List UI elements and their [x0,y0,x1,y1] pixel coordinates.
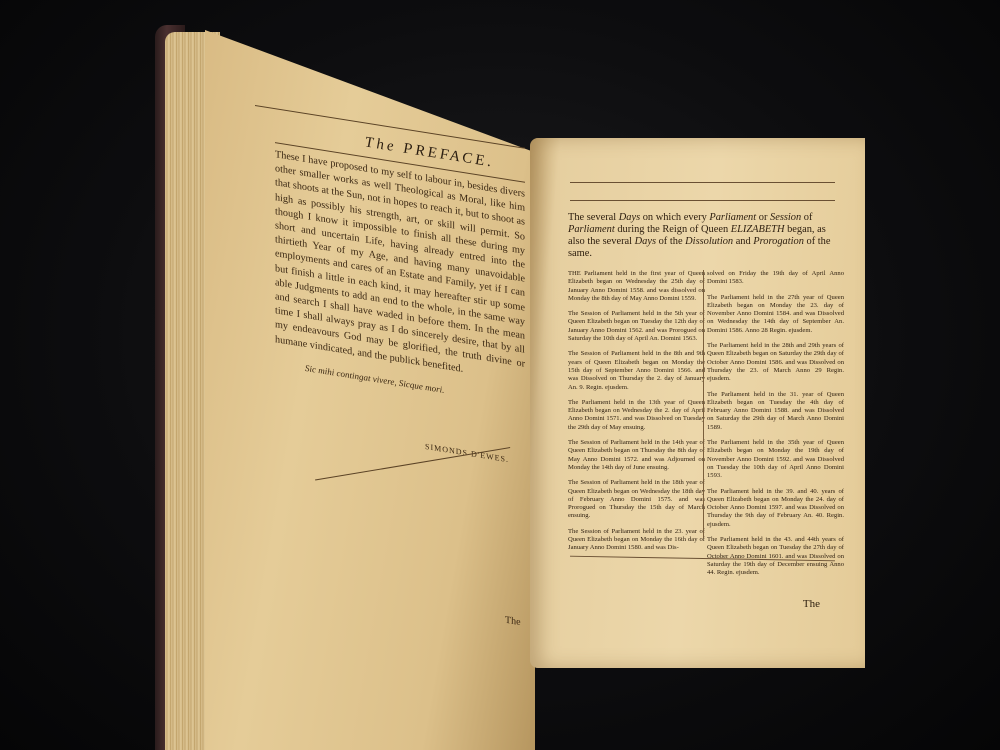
title-part: Days [635,236,656,247]
top-rule-2 [570,200,835,201]
title-part: Session [770,212,801,223]
title-part: or [756,212,770,223]
session-entry: THE Parliament held in the first year of… [568,270,705,303]
title-part: of [801,212,812,223]
title-part: on which every [640,212,709,223]
sessions-column-right: solved on Friday the 19th day of April A… [707,270,844,585]
title-part: during the Reign of Queen [615,224,731,235]
title-part: and [733,236,753,247]
session-entry: The Session of Parliament held in the 5t… [568,310,705,343]
title-part: Parliament [568,224,615,235]
title-part: Prorogation [753,236,804,247]
session-entry: The Session of Parliament held in the 23… [568,528,705,553]
session-entry: The Session of Parliament held in the 18… [568,479,705,520]
session-entry: The Parliament held in the 27th year of … [707,294,844,335]
session-entry: The Parliament held in the 31. year of Q… [707,391,844,432]
right-catchword: The [803,598,820,610]
session-entry: The Session of Parliament held in the 8t… [568,350,705,391]
left-page-content: The PREFACE. These I have proposed to my… [255,105,535,709]
session-entry: The Parliament held in the 35th year of … [707,439,844,480]
title-part: Dissolution [685,236,733,247]
right-page: The several Days on which every Parliame… [530,138,865,668]
session-entry: solved on Friday the 19th day of April A… [707,270,844,287]
session-entry: The Parliament held in the 13th year of … [568,399,705,432]
title-part: The several [568,212,619,223]
book-photo: The PREFACE. These I have proposed to my… [0,0,1000,750]
session-entry: The Parliament held in the 28th and 29th… [707,342,844,383]
title-part: of the [656,236,685,247]
preface-body-text: These I have proposed to my self to labo… [275,148,525,386]
session-entry: The Session of Parliament held in the 14… [568,439,705,472]
session-entry: The Parliament held in the 43. and 44th … [707,536,844,577]
title-part: Parliament [709,212,756,223]
column-divider [703,270,704,538]
session-entry: The Parliament held in the 39. and 40. y… [707,488,844,529]
title-part: ELIZABETH [731,224,785,235]
closing-rule [315,447,510,481]
top-rule-1 [570,182,835,183]
sessions-column-left: THE Parliament held in the first year of… [568,270,705,560]
title-part: Days [619,212,640,223]
left-catchword: The [505,615,521,628]
table-title: The several Days on which every Parliame… [568,212,833,260]
